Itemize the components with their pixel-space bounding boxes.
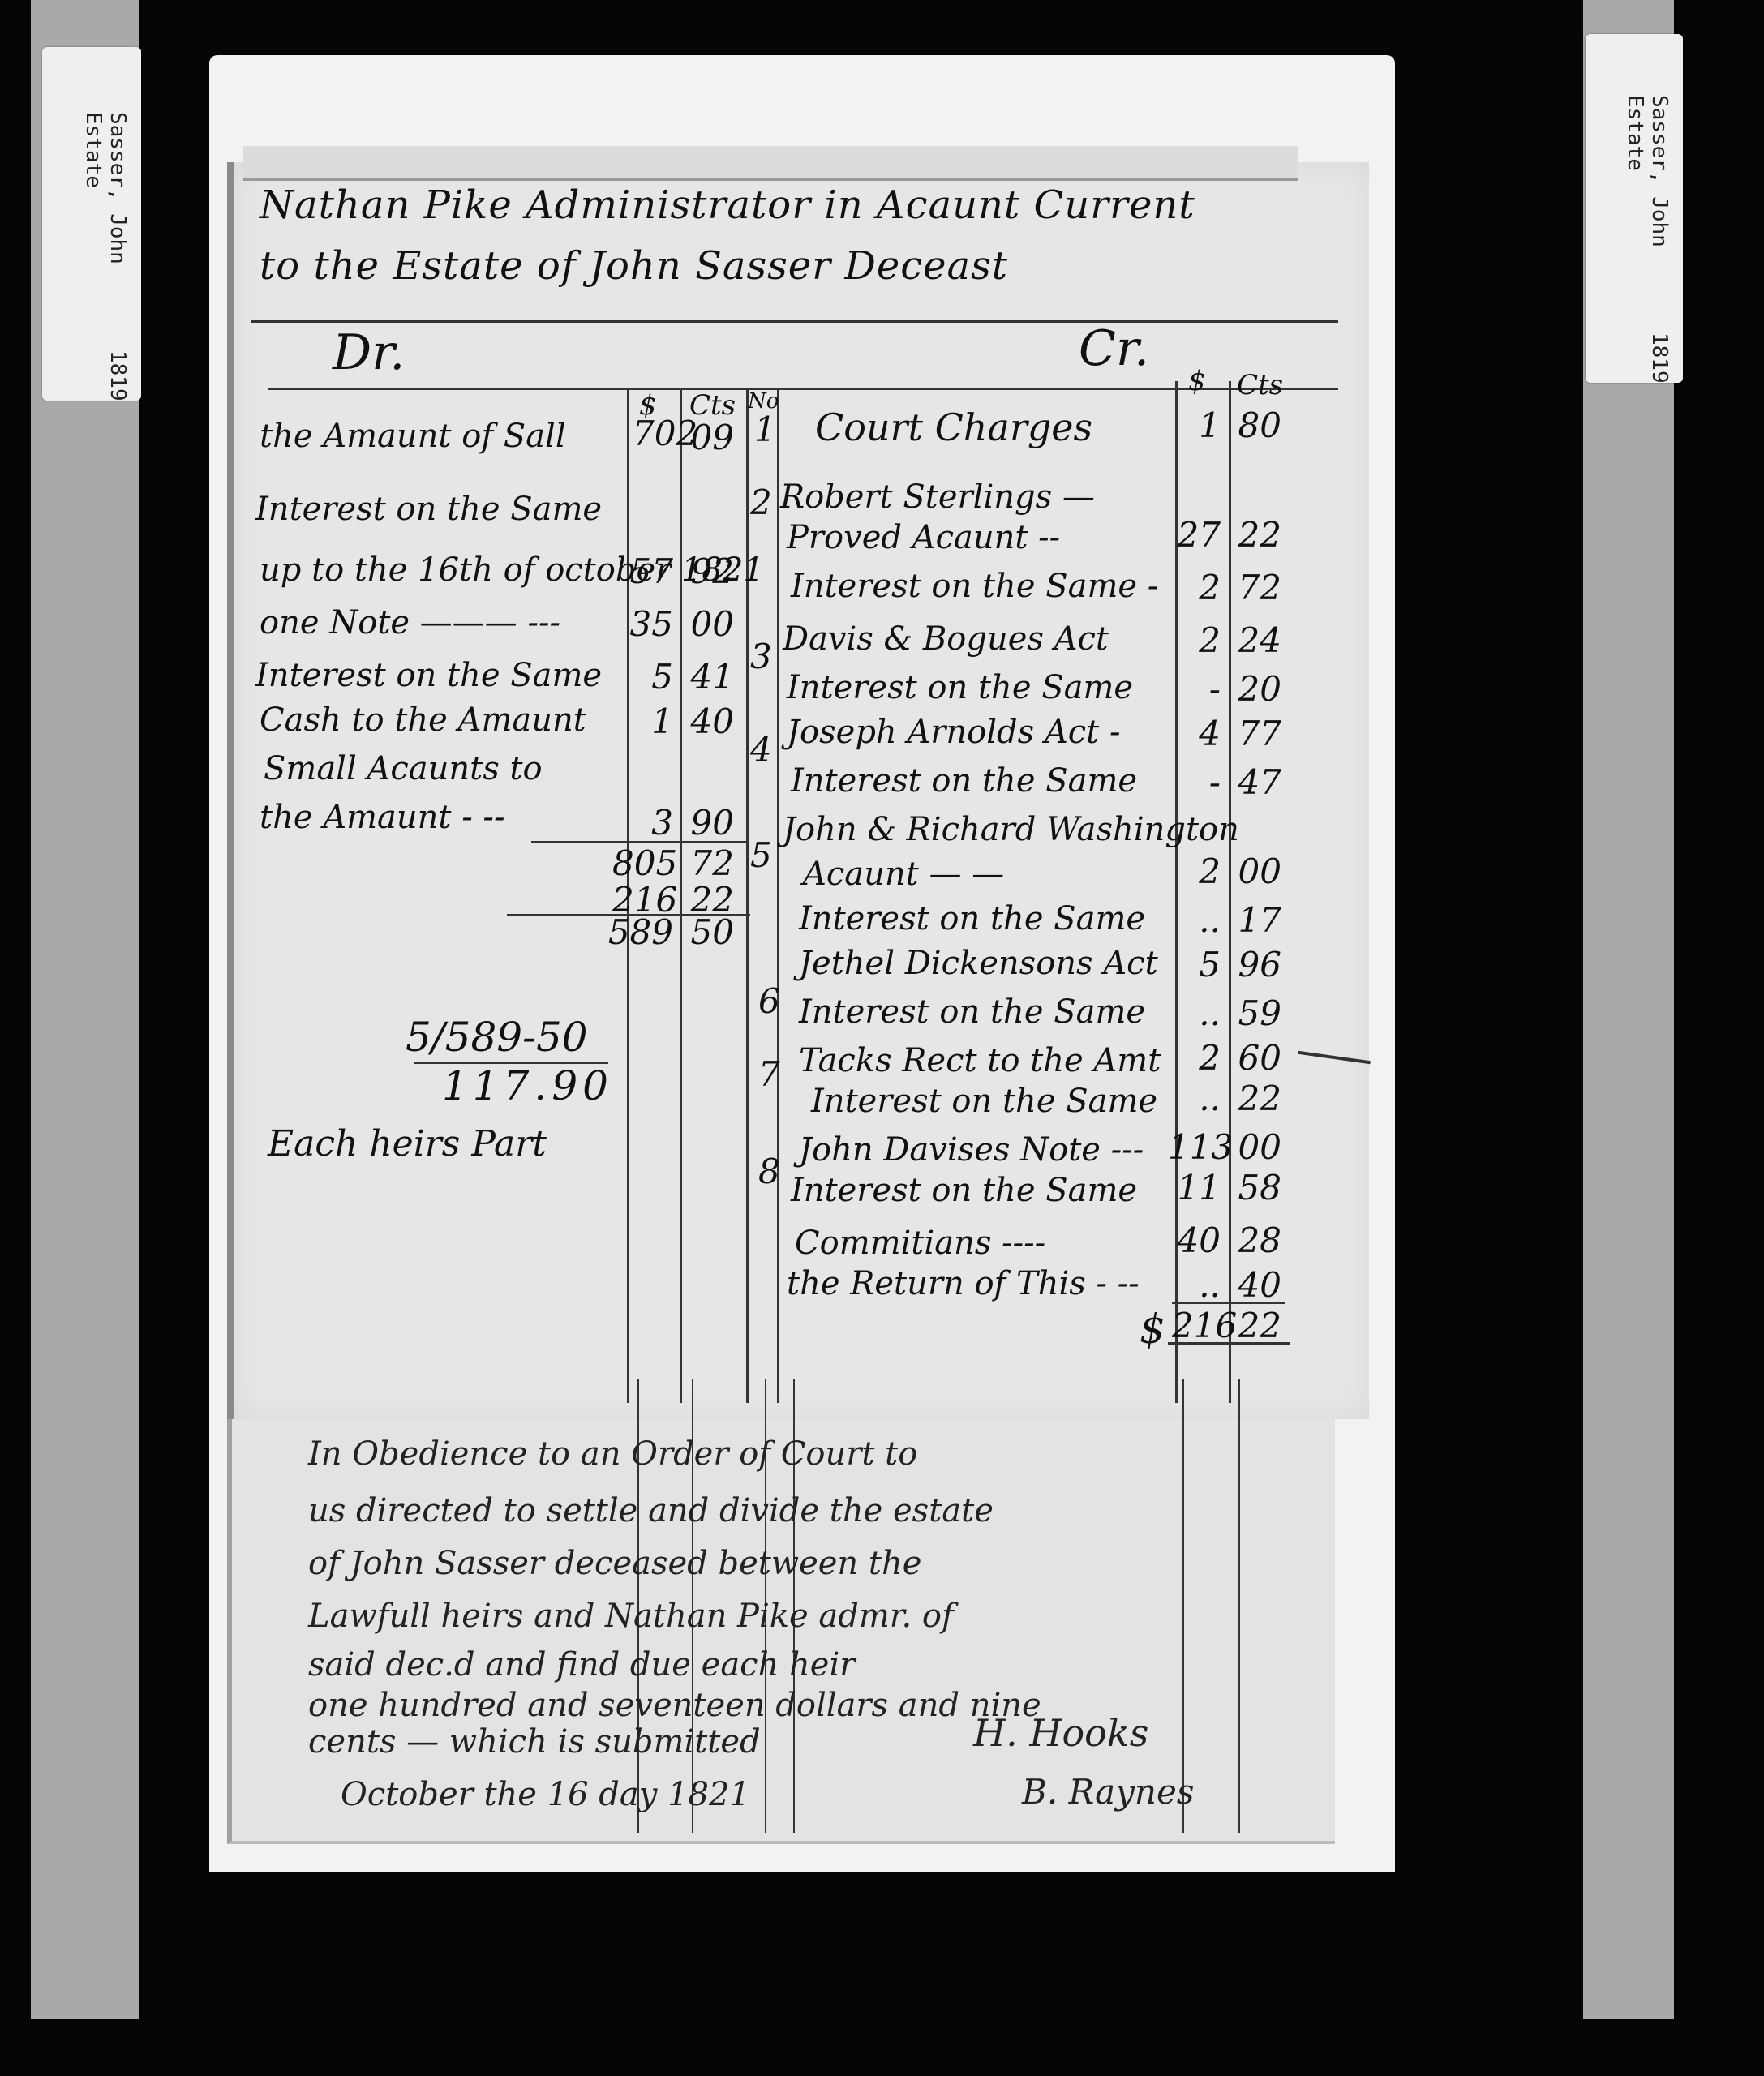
credit-entry-desc: Interest on the Same	[811, 1083, 1157, 1120]
credit-entry-no: 2	[750, 483, 772, 522]
credit-entry-cents: 40	[1233, 1265, 1281, 1305]
debit-entry-desc: Interest on the Same	[255, 491, 602, 528]
debit-entry-cents: 00	[685, 604, 734, 644]
debit-entry-cents: 92	[685, 551, 734, 591]
credit-total-dollars: 216	[1172, 1306, 1225, 1345]
credit-entry-cents: 20	[1233, 669, 1281, 709]
debit-entry-cents: 09	[685, 418, 734, 457]
credit-entry-desc: Tacks Rect to the Amt	[799, 1042, 1161, 1079]
credit-entry-cents: 80	[1233, 405, 1281, 445]
credit-entry-cents: 72	[1233, 568, 1281, 607]
debit-total-3-dollars: 589	[604, 912, 673, 952]
debit-subtotal-rule	[531, 841, 746, 843]
credit-entry-cents: 60	[1233, 1038, 1281, 1078]
debit-entry-dollars: 702	[633, 414, 677, 453]
document-title-line-1: Nathan Pike Administrator in Acaunt Curr…	[260, 182, 1195, 228]
debit-total-1-cents: 72	[685, 843, 734, 883]
credit-entry-cents: 59	[1233, 993, 1281, 1033]
credit-entry-dollars: -	[1176, 669, 1221, 709]
debit-entry-dollars: 3	[629, 803, 673, 843]
credit-entry-dollars: 2	[1176, 1038, 1221, 1078]
index-card-name: Sasser, John Estate	[1623, 95, 1672, 247]
credit-entry-dollars: 2	[1176, 620, 1221, 660]
credit-entry-desc: Acaunt — —	[803, 856, 1004, 893]
signature-1: H. Hooks	[973, 1711, 1148, 1755]
debit-entry-desc: Small Acaunts to	[264, 750, 543, 787]
header-rule-bottom	[268, 388, 1338, 390]
signature-2: B. Raynes	[1022, 1772, 1194, 1812]
credit-entry-desc: the Return of This - --	[787, 1265, 1140, 1302]
credit-entry-dollars: 1	[1180, 405, 1221, 445]
credit-entry-dollars: ..	[1176, 993, 1221, 1033]
credit-entry-desc: Interest on the Same	[799, 900, 1145, 937]
credit-no-line-left	[746, 389, 749, 1403]
credit-entry-no: 6	[758, 981, 780, 1021]
credit-no-line-right	[777, 389, 779, 1403]
debit-entry-dollars: 35	[629, 604, 673, 644]
credit-entry-cents: 00	[1233, 1127, 1281, 1167]
debit-entry-desc: the Amaunt of Sall	[260, 418, 566, 455]
statement-line: cents — which is submitted	[308, 1723, 761, 1761]
credit-entry-desc: Davis & Bogues Act	[783, 620, 1109, 658]
credit-entry-dollars: 5	[1176, 945, 1221, 984]
header-rule-top	[251, 320, 1338, 323]
right-index-card: Sasser, John Estate 1819	[1586, 34, 1683, 383]
credit-entry-dollars: ..	[1176, 1079, 1221, 1118]
statement-vline	[1182, 1379, 1184, 1833]
credit-entry-dollars: 27	[1176, 515, 1221, 555]
statement-line: one hundred and seventeen dollars and ni…	[308, 1687, 1041, 1724]
credit-cents-line	[1229, 381, 1231, 1403]
credit-entry-cents: 96	[1233, 945, 1281, 984]
debit-entry-desc: Cash to the Amaunt	[260, 701, 586, 739]
credit-entry-desc: Jethel Dickensons Act	[799, 945, 1158, 982]
debit-label: Dr.	[333, 324, 405, 381]
debit-entry-desc: one Note ——— ---	[260, 604, 560, 641]
credit-entry-desc: John Davises Note ---	[799, 1131, 1144, 1169]
credit-entry-desc: Proved Acaunt --	[787, 519, 1060, 556]
debit-entry-cents: 41	[685, 657, 734, 697]
left-index-card: Sasser, John Estate 1819	[42, 47, 141, 401]
credit-entry-cents: 24	[1233, 620, 1281, 660]
folded-top-edge	[243, 146, 1298, 181]
credit-entry-desc: Interest on the Same	[787, 669, 1133, 706]
credit-entry-dollars: 40	[1176, 1220, 1221, 1260]
index-card-name: Sasser, John Estate	[81, 112, 130, 264]
debit-cents-line	[680, 389, 682, 1403]
division-dividend: 5/589-50	[406, 1014, 588, 1061]
debit-total-1-dollars: 805	[612, 843, 673, 883]
index-card-year: 1819	[1647, 332, 1672, 384]
credit-entry-desc: Robert Sterlings —	[780, 478, 1095, 516]
document-title-line-2: to the Estate of John Sasser Deceast	[260, 243, 1008, 289]
credit-entry-desc: Joseph Arnolds Act -	[787, 714, 1120, 751]
credit-cents-header: Cts	[1237, 369, 1283, 401]
credit-entry-no: 5	[750, 835, 772, 875]
credit-entry-no: 7	[758, 1054, 780, 1094]
credit-entry-desc: Commitians ----	[795, 1225, 1045, 1262]
statement-line: Lawfull heirs and Nathan Pike admr. of	[308, 1598, 954, 1635]
debit-entry-dollars: 5	[629, 657, 673, 697]
credit-entry-dollars: 11	[1176, 1168, 1221, 1207]
credit-total-currency: $	[1140, 1306, 1165, 1353]
debit-total-3-cents: 50	[685, 912, 734, 952]
credit-entry-cents: 77	[1233, 714, 1281, 753]
credit-entry-desc: Interest on the Same -	[791, 568, 1158, 605]
credit-entry-desc: Interest on the Same	[791, 762, 1137, 800]
credit-entry-cents: 17	[1233, 900, 1281, 940]
debit-entry-cents: 90	[685, 803, 734, 843]
statement-line: us directed to settle and divide the est…	[308, 1492, 994, 1529]
credit-entry-desc: John & Richard Washington	[783, 811, 1239, 848]
statement-vline	[1238, 1379, 1240, 1833]
credit-dollars-header: $	[1188, 365, 1206, 397]
credit-entry-cents: 00	[1233, 851, 1281, 891]
credit-entry-cents: 22	[1233, 1079, 1281, 1118]
debit-entry-dollars: 1	[629, 701, 673, 741]
debit-entry-cents: 40	[685, 701, 734, 741]
credit-entry-no: 1	[754, 410, 776, 449]
credit-total-rule-bottom	[1168, 1342, 1290, 1345]
debit-entry-desc: the Amaunt - --	[260, 799, 504, 836]
credit-entry-dollars: 113	[1168, 1127, 1225, 1167]
statement-line: said dec.d and find due each heir	[308, 1646, 855, 1684]
credit-entry-desc: Interest on the Same	[799, 993, 1145, 1031]
credit-entry-no: 3	[750, 637, 772, 676]
credit-entry-dollars: ..	[1176, 900, 1221, 940]
statement-date: October the 16 day 1821	[341, 1776, 750, 1813]
division-quotient: 117.90	[442, 1062, 613, 1109]
credit-total-cents: 22	[1233, 1306, 1281, 1345]
credit-entry-desc: Interest on the Same	[791, 1172, 1137, 1209]
index-card-year: 1819	[105, 350, 130, 401]
credit-entry-cents: 28	[1233, 1220, 1281, 1260]
debit-entry-dollars: 57	[629, 551, 673, 591]
credit-entry-dollars: 2	[1176, 568, 1221, 607]
credit-entry-cents: 22	[1233, 515, 1281, 555]
credit-total-rule-top	[1172, 1302, 1285, 1304]
debit-entry-desc: Interest on the Same	[255, 657, 602, 694]
statement-line: of John Sasser deceased between the	[308, 1545, 921, 1582]
credit-entry-no: 4	[750, 730, 772, 770]
credit-label: Cr.	[1079, 320, 1149, 377]
credit-entry-dollars: ..	[1176, 1265, 1221, 1305]
credit-entry-desc: Court Charges	[815, 405, 1092, 449]
credit-entry-dollars: 2	[1176, 851, 1221, 891]
credit-entry-cents: 47	[1233, 762, 1281, 802]
credit-entry-cents: 58	[1233, 1168, 1281, 1207]
each-heirs-part-caption: Each heirs Part	[268, 1123, 547, 1165]
statement-line: In Obedience to an Order of Court to	[308, 1435, 917, 1473]
credit-entry-dollars: -	[1176, 762, 1221, 802]
credit-entry-dollars: 4	[1176, 714, 1221, 753]
credit-entry-no: 8	[758, 1152, 780, 1191]
